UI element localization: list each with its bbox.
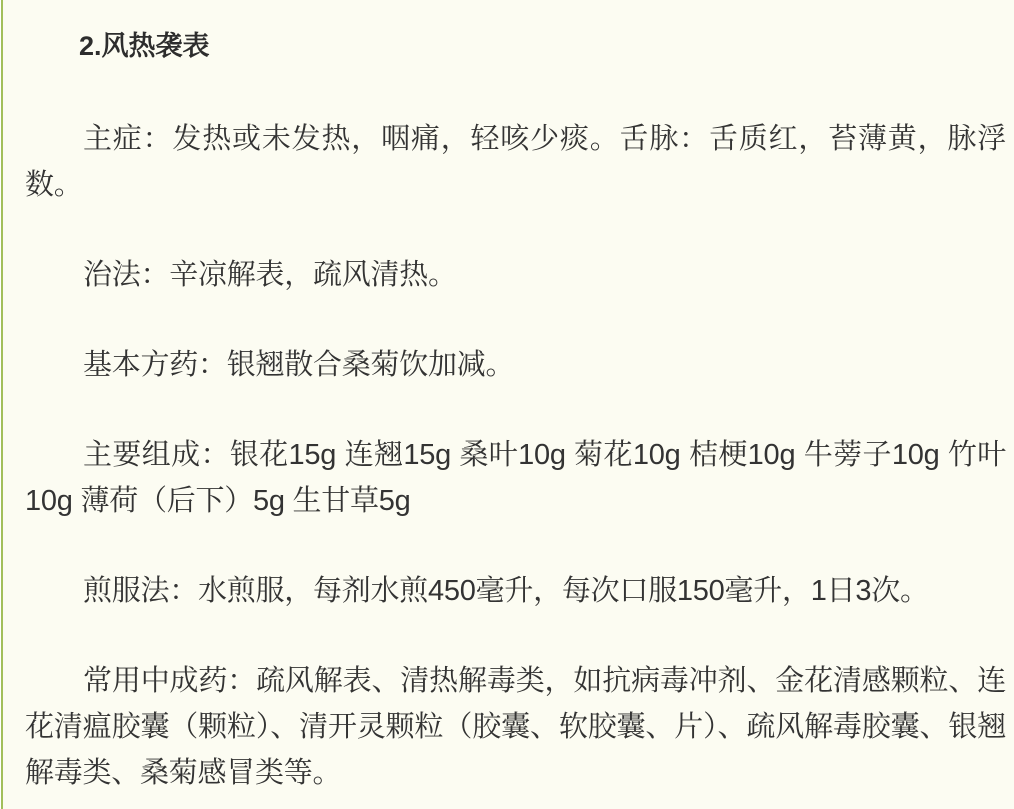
document-viewport: 2.风热袭表 主症：发热或未发热，咽痛，轻咳少痰。舌脉：舌质红，苔薄黄，脉浮数。… [0, 0, 1014, 809]
section-heading: 2.风热袭表 [25, 28, 1006, 64]
paragraph-treatment-method: 治法：辛凉解表，疏风清热。 [25, 252, 1006, 298]
paragraph-main-symptoms: 主症：发热或未发热，咽痛，轻咳少痰。舌脉：舌质红，苔薄黄，脉浮数。 [25, 116, 1006, 208]
paragraph-decoction-instructions: 煎服法：水煎服，每剂水煎450毫升，每次口服150毫升，1日3次。 [25, 568, 1006, 614]
page-background: 2.风热袭表 主症：发热或未发热，咽痛，轻咳少痰。舌脉：舌质红，苔薄黄，脉浮数。… [3, 0, 1014, 809]
article-excerpt: 2.风热袭表 主症：发热或未发热，咽痛，轻咳少痰。舌脉：舌质红，苔薄黄，脉浮数。… [3, 0, 1014, 808]
paragraph-base-formula: 基本方药：银翘散合桑菊饮加减。 [25, 342, 1006, 388]
paragraph-common-patent-medicines: 常用中成药：疏风解表、清热解毒类，如抗病毒冲剂、金花清感颗粒、连花清瘟胶囊（颗粒… [25, 658, 1006, 796]
paragraph-main-ingredients: 主要组成：银花15g 连翘15g 桑叶10g 菊花10g 桔梗10g 牛蒡子10… [25, 432, 1006, 524]
left-accent-border [1, 0, 3, 809]
